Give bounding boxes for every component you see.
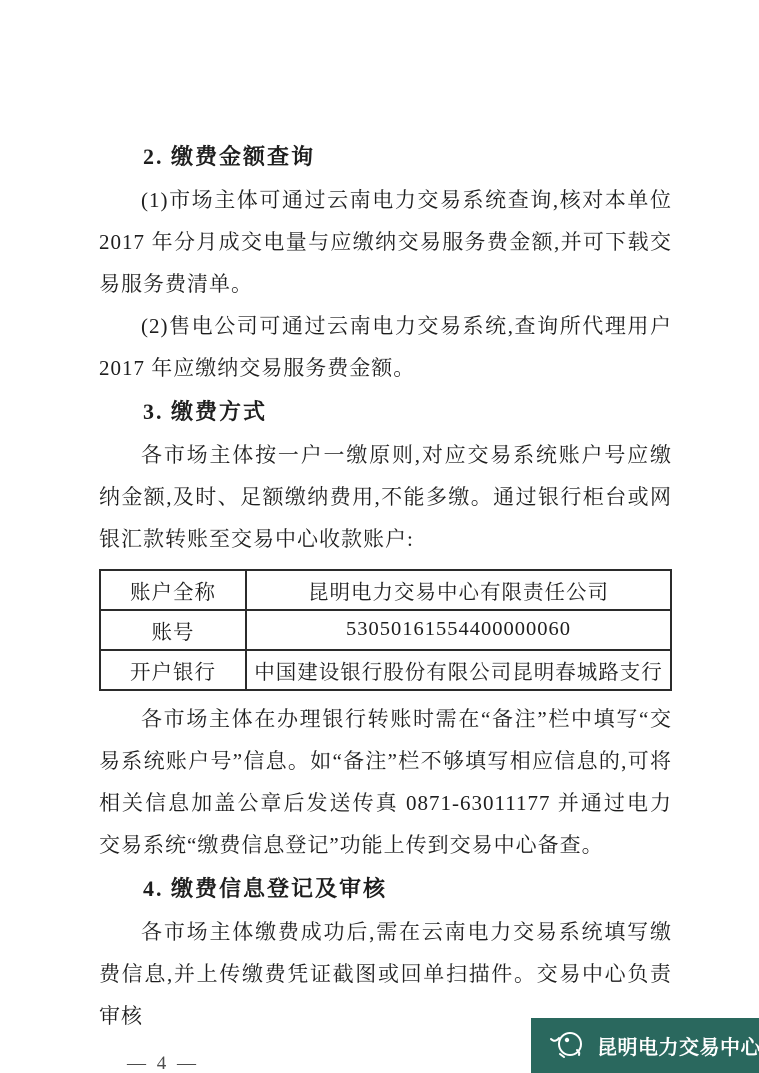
section-4-heading: 4. 缴费信息登记及审核 bbox=[99, 868, 672, 911]
section-3-heading: 3. 缴费方式 bbox=[99, 391, 672, 434]
fish-doodle-logo-icon bbox=[546, 1022, 588, 1069]
brand-bar: 昆明电力交易中心 bbox=[531, 1018, 759, 1073]
section-3-paragraph-1: 各市场主体按一户一缴原则,对应交易系统账户号应缴纳金额,及时、足额缴纳费用,不能… bbox=[99, 434, 672, 560]
account-name-value: 昆明电力交易中心有限责任公司 bbox=[246, 570, 671, 610]
account-name-label: 账户全称 bbox=[100, 570, 246, 610]
bank-name-value: 中国建设银行股份有限公司昆明春城路支行 bbox=[246, 650, 671, 690]
bank-name-label: 开户银行 bbox=[100, 650, 246, 690]
table-row: 开户银行 中国建设银行股份有限公司昆明春城路支行 bbox=[100, 650, 671, 690]
section-2-paragraph-2: (2)售电公司可通过云南电力交易系统,查询所代理用户 2017 年应缴纳交易服务… bbox=[99, 305, 672, 389]
account-number-value: 53050161554400000060 bbox=[246, 610, 671, 650]
account-number-label: 账号 bbox=[100, 610, 246, 650]
document-page: 2. 缴费金额查询 (1)市场主体可通过云南电力交易系统查询,核对本单位 201… bbox=[0, 0, 759, 1073]
document-content: 2. 缴费金额查询 (1)市场主体可通过云南电力交易系统查询,核对本单位 201… bbox=[0, 0, 759, 1073]
table-row: 账号 53050161554400000060 bbox=[100, 610, 671, 650]
section-3-paragraph-2: 各市场主体在办理银行转账时需在“备注”栏中填写“交易系统账户号”信息。如“备注”… bbox=[99, 698, 672, 866]
bank-account-table: 账户全称 昆明电力交易中心有限责任公司 账号 53050161554400000… bbox=[99, 569, 672, 691]
section-2-heading: 2. 缴费金额查询 bbox=[99, 136, 672, 179]
brand-name: 昆明电力交易中心 bbox=[597, 1031, 759, 1060]
table-row: 账户全称 昆明电力交易中心有限责任公司 bbox=[100, 570, 671, 610]
section-2-paragraph-1: (1)市场主体可通过云南电力交易系统查询,核对本单位 2017 年分月成交电量与… bbox=[99, 179, 672, 305]
